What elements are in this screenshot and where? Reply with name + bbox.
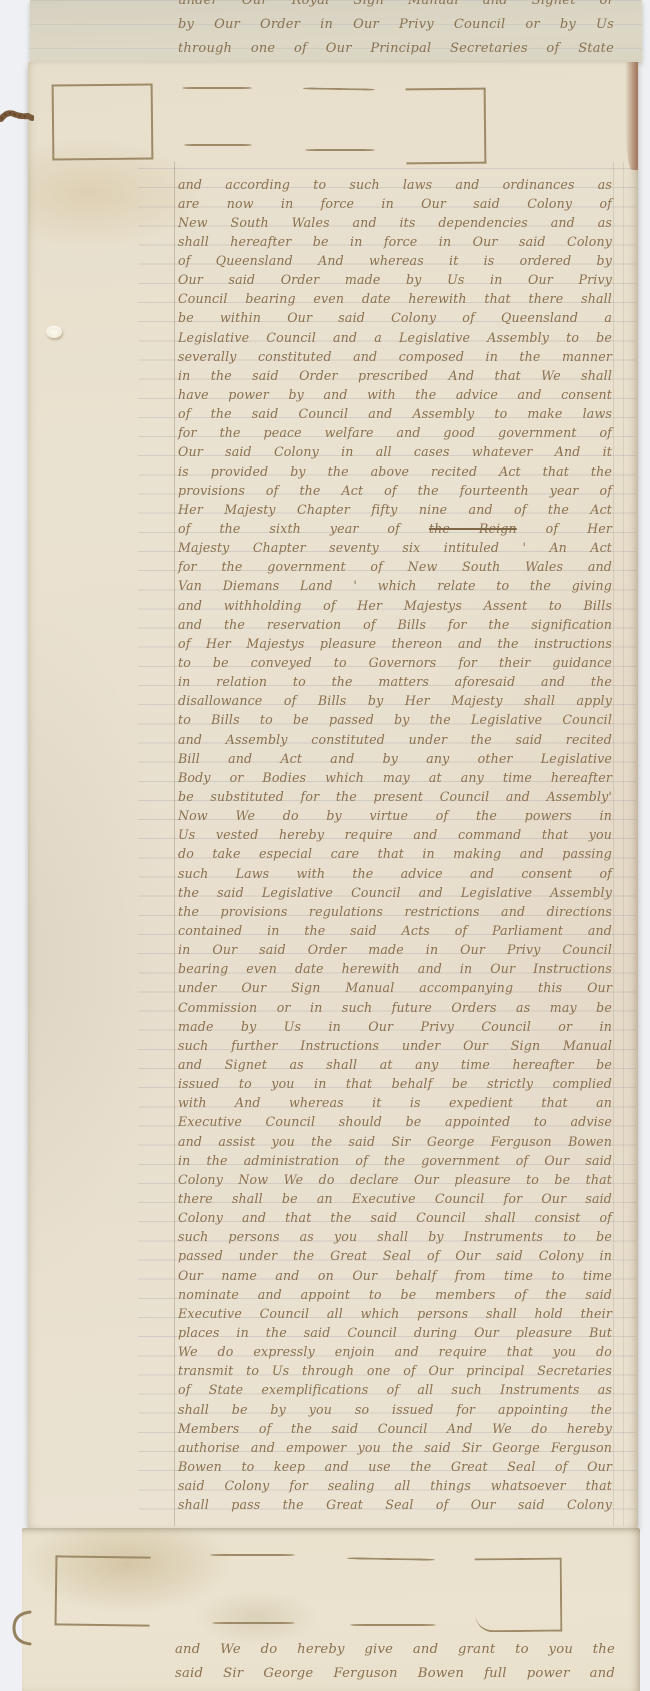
manuscript-line: shall hereafter be in force in Our said … bbox=[178, 232, 612, 251]
bottom-fragment-text: and We do hereby give and grant to you t… bbox=[175, 1638, 615, 1686]
manuscript-line: transmit to Us through one of Our princi… bbox=[178, 1361, 612, 1380]
stitch-slit bbox=[475, 1558, 563, 1633]
manuscript-line: through one of Our Principal Secretaries… bbox=[178, 37, 614, 61]
stitch-slit bbox=[303, 87, 375, 90]
binding-thread bbox=[0, 103, 34, 131]
stitch-slit bbox=[184, 144, 252, 146]
manuscript-line: said Colony for sealing all things whats… bbox=[178, 1476, 612, 1495]
manuscript-line: to be conveyed to Governors for their gu… bbox=[178, 653, 612, 672]
manuscript-line: Majesty Chapter seventy six intituled ' … bbox=[178, 538, 612, 557]
manuscript-line: be within Our said Colony of Queensland … bbox=[178, 308, 612, 327]
manuscript-line: such persons as you shall by Instruments… bbox=[178, 1227, 612, 1246]
parchment-membrane-top: under Our Royal Sign Manual and Signet o… bbox=[30, 0, 642, 62]
margin-rule-right bbox=[613, 162, 614, 1526]
stitch-slit bbox=[406, 88, 487, 165]
manuscript-line: by Our Order in Our Privy Council or by … bbox=[178, 13, 614, 37]
manuscript-line: of Her Majestys pleasure thereon and the… bbox=[178, 634, 612, 653]
manuscript-line: Now We do by virtue of the powers in bbox=[178, 806, 612, 825]
manuscript-line: made by Us in Our Privy Council or in bbox=[178, 1017, 612, 1036]
manuscript-line: severally constituted and composed in th… bbox=[178, 347, 612, 366]
manuscript-line: there shall be an Executive Council for … bbox=[178, 1189, 612, 1208]
manuscript-line: Commission or in such future Orders as m… bbox=[178, 998, 612, 1017]
manuscript-line: and the reservation of Bills for the sig… bbox=[178, 615, 612, 634]
manuscript-line: Body or Bodies which may at any time her… bbox=[178, 768, 612, 787]
manuscript-line: Colony and that the said Council shall c… bbox=[178, 1208, 612, 1227]
manuscript-line: issued to you in that behalf be strictly… bbox=[178, 1074, 612, 1093]
parchment-membrane-main: and according to such laws and ordinance… bbox=[28, 62, 638, 1528]
struck-through-text: the Reign bbox=[429, 521, 517, 536]
manuscript-line: of Queensland And whereas it is ordered … bbox=[178, 251, 612, 270]
manuscript-line: shall be by you so issued for appointing… bbox=[178, 1400, 612, 1419]
manuscript-line: said Sir George Ferguson Bowen full powe… bbox=[175, 1662, 615, 1686]
stitch-slit bbox=[210, 1554, 295, 1556]
manuscript-line: to Bills to be passed by the Legislative… bbox=[178, 710, 612, 729]
stitch-slit bbox=[212, 1622, 295, 1624]
binding-thread-loop bbox=[10, 1606, 36, 1650]
manuscript-line: are now in force in Our said Colony of bbox=[178, 194, 612, 213]
manuscript-line: in relation to the matters aforesaid and… bbox=[178, 672, 612, 691]
manuscript-line: in Our said Order made in Our Privy Coun… bbox=[178, 940, 612, 959]
parchment-hole bbox=[46, 326, 62, 338]
manuscript-line: passed under the Great Seal of Our said … bbox=[178, 1246, 612, 1265]
manuscript-line: Bill and Act and by any other Legislativ… bbox=[178, 749, 612, 768]
manuscript-line: Our said Colony in all cases whatever An… bbox=[178, 442, 612, 461]
manuscript-line: Members of the said Council And We do he… bbox=[178, 1419, 612, 1438]
manuscript-line: is provided by the above recited Act tha… bbox=[178, 462, 612, 481]
manuscript-line: and assist you the said Sir George Fergu… bbox=[178, 1132, 612, 1151]
manuscript-line: and We do hereby give and grant to you t… bbox=[175, 1638, 615, 1662]
manuscript-line: shall pass the Great Seal of Our said Co… bbox=[178, 1495, 612, 1514]
manuscript-line: New South Wales and its dependencies and… bbox=[178, 213, 612, 232]
manuscript-line: Legislative Council and a Legislative As… bbox=[178, 328, 612, 347]
main-text-block: and according to such laws and ordinance… bbox=[178, 175, 612, 1515]
stitch-slit bbox=[55, 1555, 151, 1626]
manuscript-line: for the peace welfare and good governmen… bbox=[178, 423, 612, 442]
stitch-slit bbox=[347, 1557, 435, 1561]
manuscript-line: with And whereas it is expedient that an bbox=[178, 1093, 612, 1112]
manuscript-line: provisions of the Act of the fourteenth … bbox=[178, 481, 612, 500]
manuscript-line: Van Diemans Land ' which relate to the g… bbox=[178, 576, 612, 595]
manuscript-line: places in the said Council during Our pl… bbox=[178, 1323, 612, 1342]
manuscript-line: and according to such laws and ordinance… bbox=[178, 175, 612, 194]
manuscript-line: Executive Council should be appointed to… bbox=[178, 1112, 612, 1131]
manuscript-line: We do expressly enjoin and require that … bbox=[178, 1342, 612, 1361]
stitch-slit bbox=[182, 87, 252, 89]
margin-rule-left bbox=[174, 162, 175, 1526]
manuscript-line: bearing even date herewith and in Our In… bbox=[178, 959, 612, 978]
manuscript-line: Executive Council all which persons shal… bbox=[178, 1304, 612, 1323]
manuscript-line: be substituted for the present Council a… bbox=[178, 787, 612, 806]
margin-rule-right bbox=[623, 162, 624, 1526]
manuscript-line: of State exemplifications of all such In… bbox=[178, 1380, 612, 1399]
parchment-membrane-bottom: and We do hereby give and grant to you t… bbox=[22, 1528, 640, 1691]
manuscript-line: Bowen to keep and use the Great Seal of … bbox=[178, 1457, 612, 1476]
manuscript-line: the provisions regulations restrictions … bbox=[178, 902, 612, 921]
manuscript-line: Council bearing even date herewith that … bbox=[178, 289, 612, 308]
stitch-slit bbox=[52, 83, 154, 160]
stitch-slit bbox=[305, 149, 375, 151]
manuscript-line: in the administration of the government … bbox=[178, 1151, 612, 1170]
parchment-fold-edge bbox=[625, 62, 638, 170]
manuscript-line: such further Instructions under Our Sign… bbox=[178, 1036, 612, 1055]
manuscript-line: Our said Order made by Us in Our Privy bbox=[178, 270, 612, 289]
manuscript-line: of the sixth year of the Reign of Her bbox=[178, 519, 612, 538]
manuscript-line: authorise and empower you the said Sir G… bbox=[178, 1438, 612, 1457]
top-fragment-text: under Our Royal Sign Manual and Signet o… bbox=[178, 0, 614, 61]
stitch-slit bbox=[350, 1624, 436, 1626]
manuscript-line: of the said Council and Assembly to make… bbox=[178, 404, 612, 423]
manuscript-line: under Our Sign Manual accompanying this … bbox=[178, 978, 612, 997]
manuscript-line: contained in the said Acts of Parliament… bbox=[178, 921, 612, 940]
manuscript-line: under Our Royal Sign Manual and Signet o… bbox=[178, 0, 614, 13]
manuscript-line: such Laws with the advice and consent of bbox=[178, 864, 612, 883]
manuscript-line: Colony Now We do declare Our pleasure to… bbox=[178, 1170, 612, 1189]
manuscript-line: the said Legislative Council and Legisla… bbox=[178, 883, 612, 902]
manuscript-line: for the government of New South Wales an… bbox=[178, 557, 612, 576]
manuscript-line: disallowance of Bills by Her Majesty sha… bbox=[178, 691, 612, 710]
manuscript-line: Us vested hereby require and command tha… bbox=[178, 825, 612, 844]
manuscript-line: Her Majesty Chapter fifty nine and of th… bbox=[178, 500, 612, 519]
manuscript-line: and Assembly constituted under the said … bbox=[178, 730, 612, 749]
manuscript-line: Our name and on Our behalf from time to … bbox=[178, 1266, 612, 1285]
manuscript-line: and Signet as shall at any time hereafte… bbox=[178, 1055, 612, 1074]
manuscript-line: have power by and with the advice and co… bbox=[178, 385, 612, 404]
manuscript-line: do take especial care that in making and… bbox=[178, 844, 612, 863]
manuscript-line: nominate and appoint to be members of th… bbox=[178, 1285, 612, 1304]
manuscript-line: in the said Order prescribed And that We… bbox=[178, 366, 612, 385]
manuscript-line: and withholding of Her Majestys Assent t… bbox=[178, 596, 612, 615]
